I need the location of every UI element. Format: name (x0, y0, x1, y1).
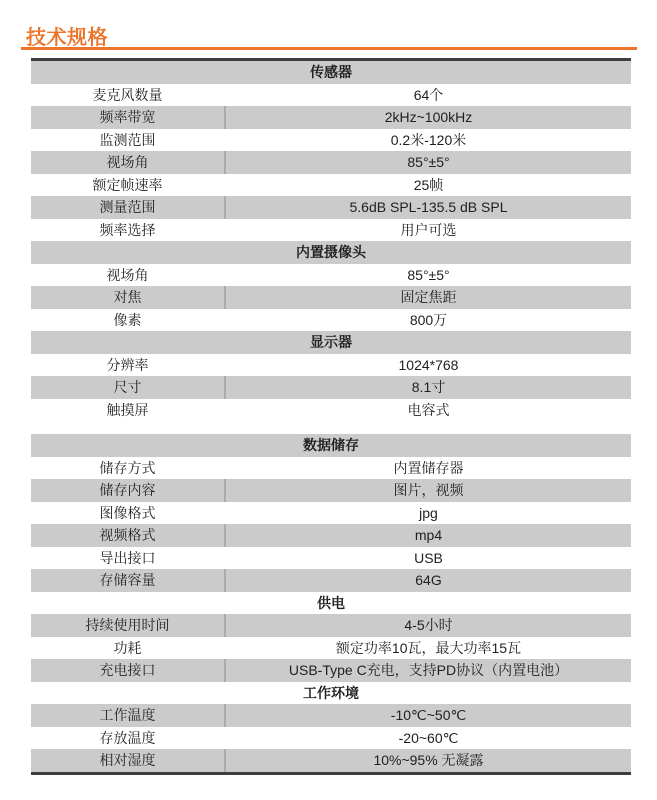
spec-row: 充电接口USB-Type C充电，支持PD协议（内置电池） (31, 659, 631, 682)
spec-row: 工作温度-10℃~50℃ (31, 704, 631, 727)
spec-label: 频率带宽 (31, 106, 224, 129)
spec-value: USB (224, 547, 631, 570)
section-gap (31, 421, 631, 434)
spec-row: 尺寸8.1寸 (31, 376, 631, 399)
spec-label: 频率选择 (31, 219, 224, 242)
spec-value: 85°±5° (224, 151, 631, 174)
spec-label: 测量范围 (31, 196, 224, 219)
spec-row: 视场角85°±5° (31, 264, 631, 287)
spec-label: 额定帧速率 (31, 174, 224, 197)
spec-label: 储存方式 (31, 457, 224, 480)
spec-label: 分辨率 (31, 354, 224, 377)
spec-value: -10℃~50℃ (224, 704, 631, 727)
spec-label: 充电接口 (31, 659, 224, 682)
spec-sheet-page: 技术规格 传感器麦克风数量64个频率带宽2kHz~100kHz监测范围0.2米-… (0, 0, 657, 800)
spec-row: 测量范围5.6dB SPL-135.5 dB SPL (31, 196, 631, 219)
page-title: 技术规格 (26, 21, 108, 50)
spec-label: 功耗 (31, 637, 224, 660)
spec-label: 尺寸 (31, 376, 224, 399)
spec-label: 相对湿度 (31, 749, 224, 772)
spec-row: 分辨率1024*768 (31, 354, 631, 377)
spec-row: 监测范围0.2米-120米 (31, 129, 631, 152)
spec-label: 视场角 (31, 264, 224, 287)
spec-value: 2kHz~100kHz (224, 106, 631, 129)
spec-row: 视频格式mp4 (31, 524, 631, 547)
spec-value: mp4 (224, 524, 631, 547)
spec-label: 视场角 (31, 151, 224, 174)
spec-value: 25帧 (224, 174, 631, 197)
spec-label: 对焦 (31, 286, 224, 309)
spec-value: 1024*768 (224, 354, 631, 377)
spec-value: -20~60℃ (224, 727, 631, 750)
spec-row: 存放温度-20~60℃ (31, 727, 631, 750)
spec-row: 储存内容图片，视频 (31, 479, 631, 502)
spec-value: 0.2米-120米 (224, 129, 631, 152)
spec-label: 像素 (31, 309, 224, 332)
spec-value: 用户可选 (224, 219, 631, 242)
spec-row: 存储容量64G (31, 569, 631, 592)
spec-row: 持续使用时间4-5小时 (31, 614, 631, 637)
spec-value: 85°±5° (224, 264, 631, 287)
spec-label: 导出接口 (31, 547, 224, 570)
spec-value: jpg (224, 502, 631, 525)
spec-value: USB-Type C充电，支持PD协议（内置电池） (224, 659, 631, 682)
spec-row: 相对湿度10%~95% 无凝露 (31, 749, 631, 772)
spec-row: 导出接口USB (31, 547, 631, 570)
spec-value: 5.6dB SPL-135.5 dB SPL (224, 196, 631, 219)
spec-value: 64G (224, 569, 631, 592)
spec-value: 4-5小时 (224, 614, 631, 637)
spec-row: 功耗额定功率10瓦，最大功率15瓦 (31, 637, 631, 660)
section-header: 传感器 (31, 61, 631, 84)
spec-label: 存放温度 (31, 727, 224, 750)
spec-label: 持续使用时间 (31, 614, 224, 637)
spec-row: 触摸屏电容式 (31, 399, 631, 422)
spec-label: 存储容量 (31, 569, 224, 592)
spec-label: 监测范围 (31, 129, 224, 152)
section-header: 内置摄像头 (31, 241, 631, 264)
spec-value: 10%~95% 无凝露 (224, 749, 631, 772)
spec-value: 内置储存器 (224, 457, 631, 480)
section-header: 数据储存 (31, 434, 631, 457)
spec-value: 额定功率10瓦，最大功率15瓦 (224, 637, 631, 660)
spec-label: 工作温度 (31, 704, 224, 727)
title-underline (21, 47, 637, 50)
spec-row: 储存方式内置储存器 (31, 457, 631, 480)
spec-row: 额定帧速率25帧 (31, 174, 631, 197)
spec-value: 8.1寸 (224, 376, 631, 399)
spec-table: 传感器麦克风数量64个频率带宽2kHz~100kHz监测范围0.2米-120米视… (31, 58, 631, 775)
spec-value: 图片，视频 (224, 479, 631, 502)
spec-label: 图像格式 (31, 502, 224, 525)
spec-row: 视场角85°±5° (31, 151, 631, 174)
spec-row: 频率带宽2kHz~100kHz (31, 106, 631, 129)
spec-label: 触摸屏 (31, 399, 224, 422)
spec-value: 64个 (224, 84, 631, 107)
spec-label: 麦克风数量 (31, 84, 224, 107)
section-header: 工作环境 (31, 682, 631, 705)
section-header: 供电 (31, 592, 631, 615)
spec-row: 对焦固定焦距 (31, 286, 631, 309)
spec-label: 储存内容 (31, 479, 224, 502)
spec-label: 视频格式 (31, 524, 224, 547)
spec-row: 频率选择用户可选 (31, 219, 631, 242)
spec-value: 电容式 (224, 399, 631, 422)
spec-row: 像素800万 (31, 309, 631, 332)
section-header: 显示器 (31, 331, 631, 354)
spec-value: 固定焦距 (224, 286, 631, 309)
spec-value: 800万 (224, 309, 631, 332)
spec-row: 麦克风数量64个 (31, 84, 631, 107)
spec-row: 图像格式jpg (31, 502, 631, 525)
